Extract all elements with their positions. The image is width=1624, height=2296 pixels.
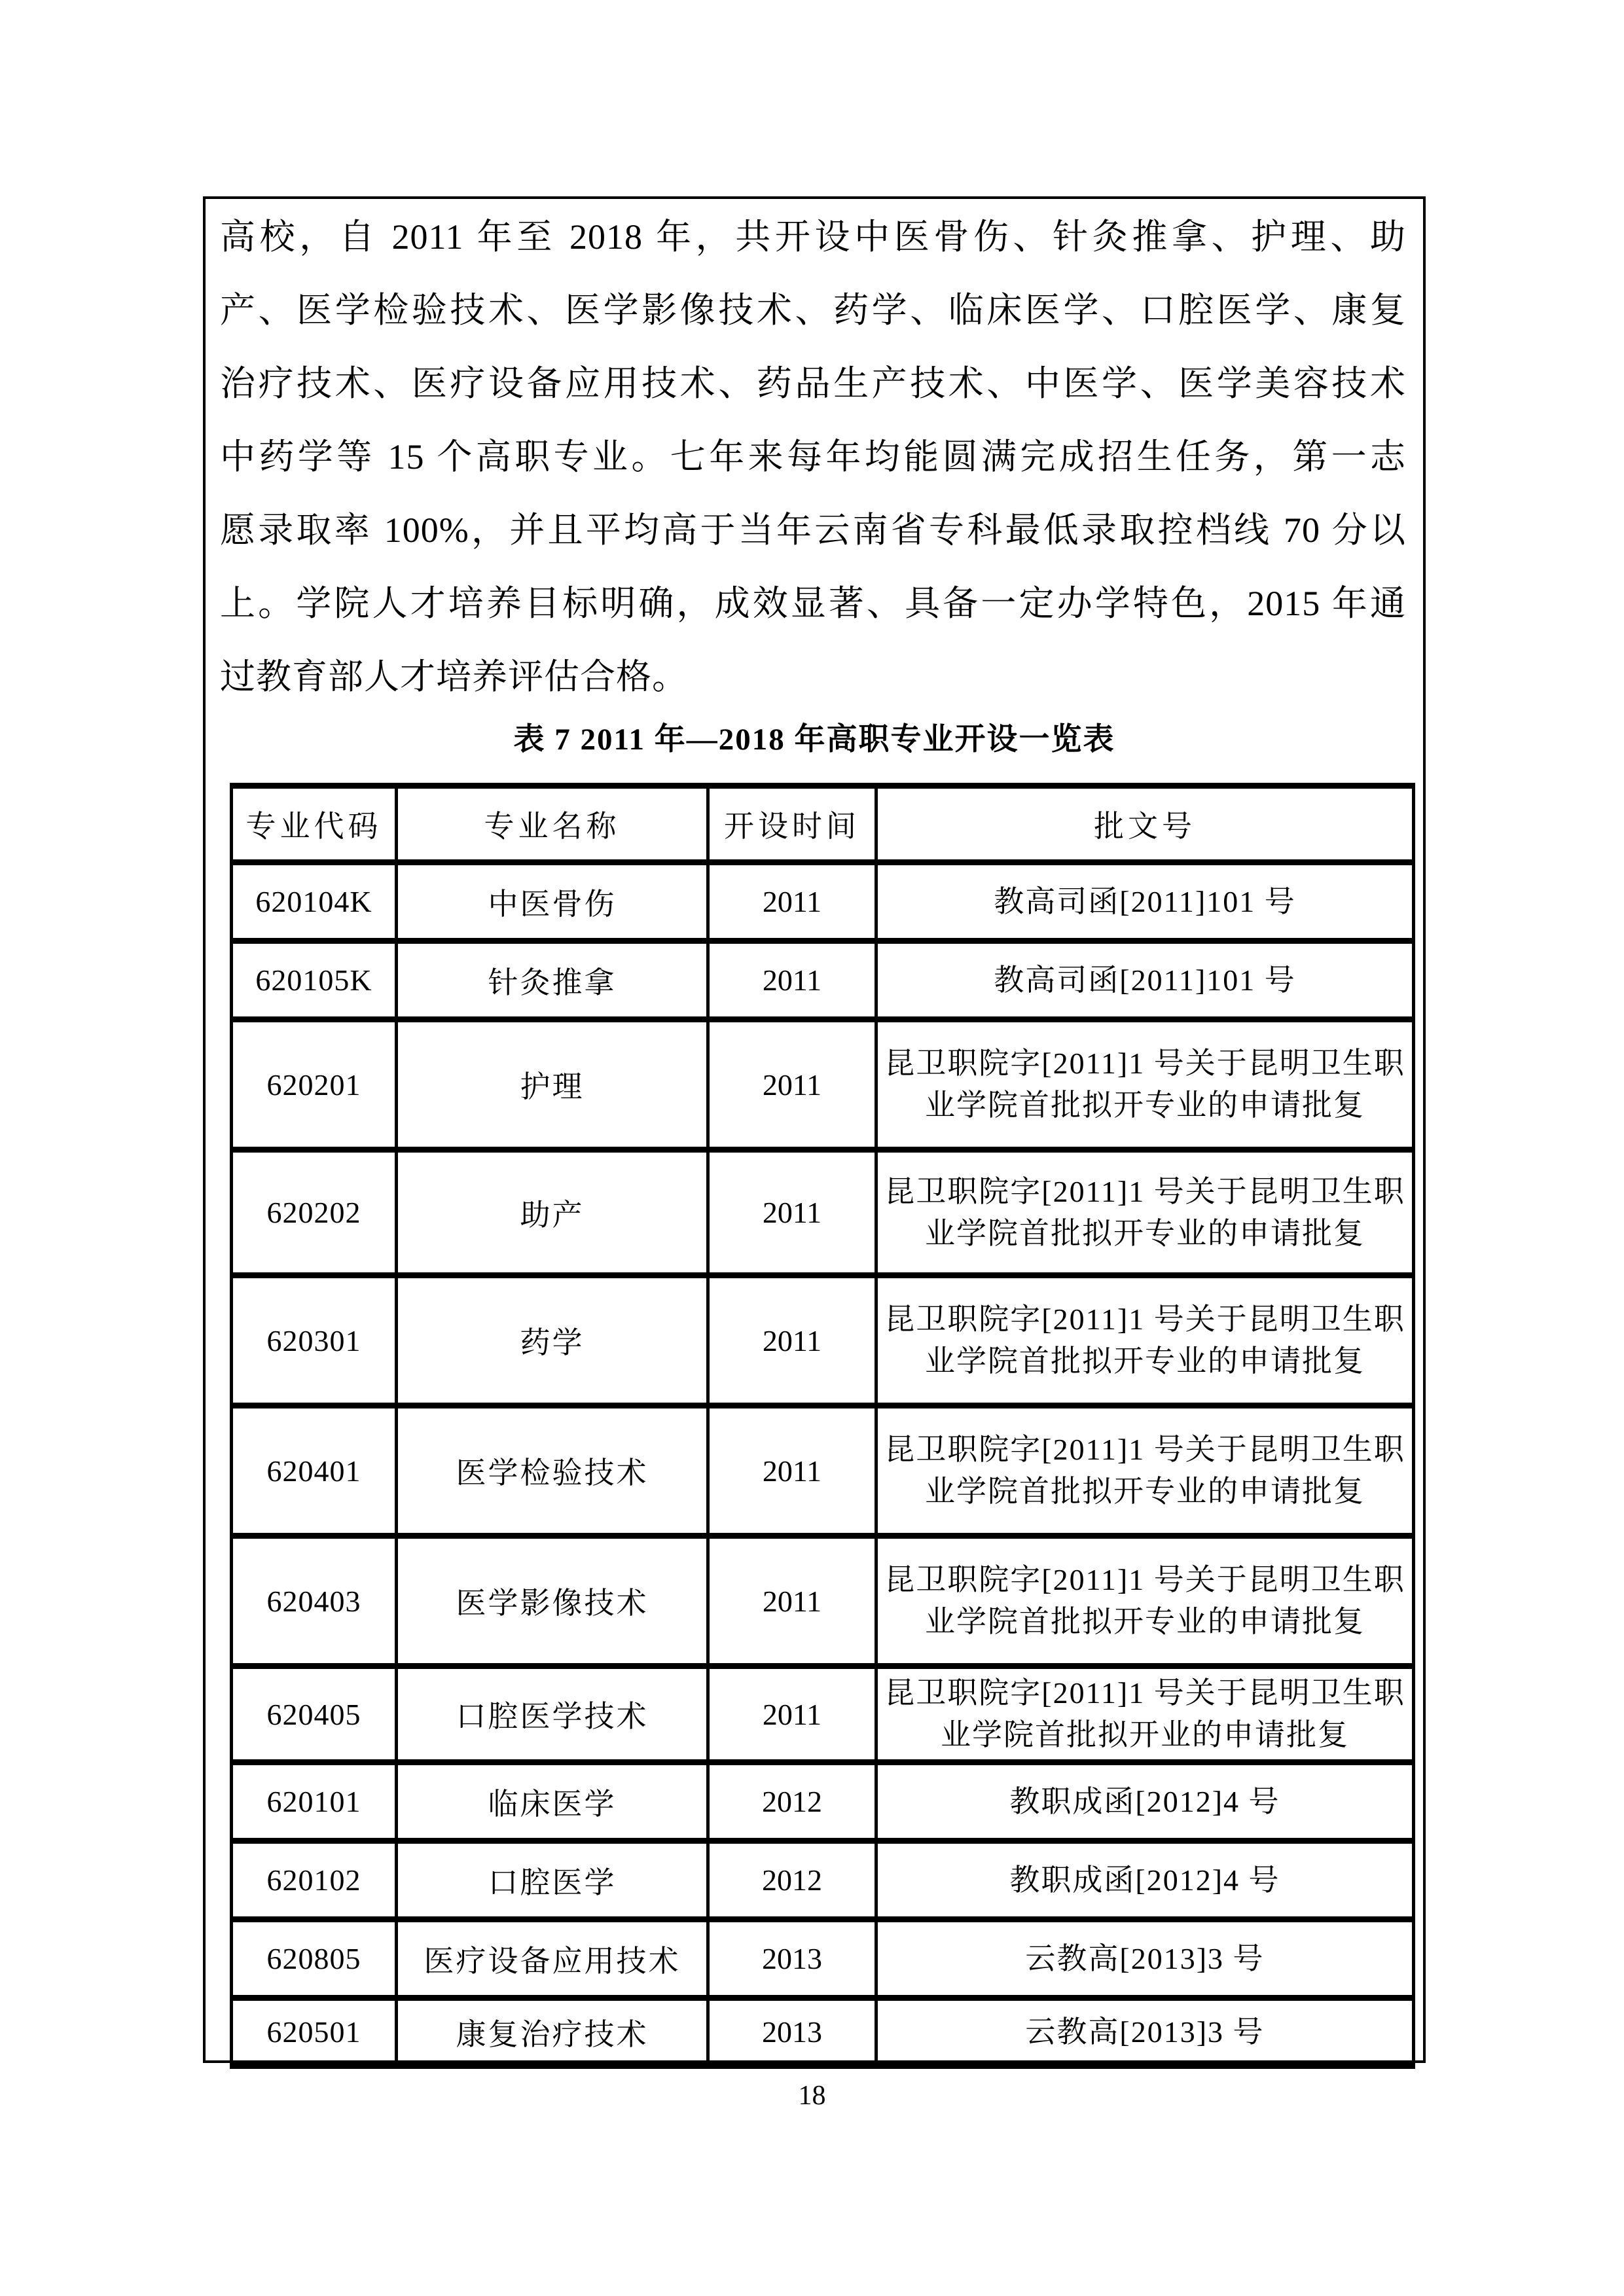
cell-name: 口腔医学技术 (397, 1666, 708, 1763)
paragraph-line: 产、医学检验技术、医学影像技术、药学、临床医学、口腔医学、康复 (220, 274, 1406, 347)
cell-code: 620805 (232, 1920, 397, 1998)
table-row: 620102 口腔医学 2012 教职成函[2012]4 号 (232, 1841, 1414, 1920)
cell-code: 620202 (232, 1150, 397, 1276)
cell-doc: 教职成函[2012]4 号 (876, 1841, 1414, 1920)
table-row: 620805 医疗设备应用技术 2013 云教高[2013]3 号 (232, 1920, 1414, 1998)
header-cell-code: 专业代码 (232, 786, 397, 863)
table-header-row: 专业代码 专业名称 开设时间 批文号 (232, 786, 1414, 863)
page-number: 18 (0, 2080, 1624, 2111)
header-cell-doc: 批文号 (876, 786, 1414, 863)
header-cell-name: 专业名称 (397, 786, 708, 863)
cell-name: 医学检验技术 (397, 1406, 708, 1536)
cell-year: 2011 (708, 941, 876, 1020)
cell-name: 助产 (397, 1150, 708, 1276)
table-row: 620403 医学影像技术 2011 昆卫职院字[2011]1 号关于昆明卫生职… (232, 1536, 1414, 1666)
cell-code: 620405 (232, 1666, 397, 1763)
table-title: 表 7 2011 年—2018 年高职专业开设一览表 (203, 715, 1426, 759)
table-row: 620401 医学检验技术 2011 昆卫职院字[2011]1 号关于昆明卫生职… (232, 1406, 1414, 1536)
document-page: 高校，自 2011 年至 2018 年，共开设中医骨伤、针灸推拿、护理、助 产、… (0, 0, 1624, 2296)
cell-doc: 教高司函[2011]101 号 (876, 941, 1414, 1020)
paragraph-line: 中药学等 15 个高职专业。七年来每年均能圆满完成招生任务，第一志 (220, 420, 1406, 493)
paragraph-line: 上。学院人才培养目标明确，成效显著、具备一定办学特色，2015 年通 (220, 567, 1406, 640)
paragraph-line: 过教育部人才培养评估合格。 (220, 640, 1406, 713)
cell-name: 康复治疗技术 (397, 1998, 708, 2066)
table-row: 620105K 针灸推拿 2011 教高司函[2011]101 号 (232, 941, 1414, 1020)
cell-code: 620401 (232, 1406, 397, 1536)
paragraph-line: 高校，自 2011 年至 2018 年，共开设中医骨伤、针灸推拿、护理、助 (220, 200, 1406, 274)
cell-name: 药学 (397, 1276, 708, 1406)
cell-year: 2013 (708, 1920, 876, 1998)
table-row: 620405 口腔医学技术 2011 昆卫职院字[2011]1 号关于昆明卫生职… (232, 1666, 1414, 1763)
cell-year: 2011 (708, 1406, 876, 1536)
cell-year: 2013 (708, 1998, 876, 2066)
cell-code: 620501 (232, 1998, 397, 2066)
cell-code: 620201 (232, 1020, 397, 1150)
cell-name: 口腔医学 (397, 1841, 708, 1920)
cell-doc: 昆卫职院字[2011]1 号关于昆明卫生职业学院首批拟开专业的申请批复 (876, 1020, 1414, 1150)
cell-name: 临床医学 (397, 1763, 708, 1841)
table-row: 620301 药学 2011 昆卫职院字[2011]1 号关于昆明卫生职业学院首… (232, 1276, 1414, 1406)
paragraph-line: 治疗技术、医疗设备应用技术、药品生产技术、中医学、医学美容技术 (220, 347, 1406, 420)
cell-name: 针灸推拿 (397, 941, 708, 1020)
cell-name: 医疗设备应用技术 (397, 1920, 708, 1998)
paragraph-line: 愿录取率 100%，并且平均高于当年云南省专科最低录取控档线 70 分以 (220, 493, 1406, 567)
cell-code: 620301 (232, 1276, 397, 1406)
header-cell-year: 开设时间 (708, 786, 876, 863)
cell-code: 620104K (232, 863, 397, 941)
table-row: 620202 助产 2011 昆卫职院字[2011]1 号关于昆明卫生职业学院首… (232, 1150, 1414, 1276)
cell-doc: 教高司函[2011]101 号 (876, 863, 1414, 941)
cell-year: 2012 (708, 1763, 876, 1841)
cell-doc: 云教高[2013]3 号 (876, 1920, 1414, 1998)
cell-year: 2011 (708, 1150, 876, 1276)
cell-doc: 昆卫职院字[2011]1 号关于昆明卫生职业学院首批拟开专业的申请批复 (876, 1536, 1414, 1666)
programs-table: 专业代码 专业名称 开设时间 批文号 620104K 中医骨伤 2011 教高司… (230, 783, 1415, 2069)
table-row: 620201 护理 2011 昆卫职院字[2011]1 号关于昆明卫生职业学院首… (232, 1020, 1414, 1150)
cell-doc: 昆卫职院字[2011]1 号关于昆明卫生职业学院首批拟开专业的申请批复 (876, 1406, 1414, 1536)
cell-doc: 云教高[2013]3 号 (876, 1998, 1414, 2066)
cell-year: 2011 (708, 1276, 876, 1406)
cell-doc: 教职成函[2012]4 号 (876, 1763, 1414, 1841)
intro-paragraph: 高校，自 2011 年至 2018 年，共开设中医骨伤、针灸推拿、护理、助 产、… (220, 200, 1406, 713)
cell-doc: 昆卫职院字[2011]1 号关于昆明卫生职业学院首批拟开业的申请批复 (876, 1666, 1414, 1763)
cell-code: 620101 (232, 1763, 397, 1841)
cell-year: 2012 (708, 1841, 876, 1920)
cell-year: 2011 (708, 863, 876, 941)
table-row: 620101 临床医学 2012 教职成函[2012]4 号 (232, 1763, 1414, 1841)
cell-name: 护理 (397, 1020, 708, 1150)
cell-name: 中医骨伤 (397, 863, 708, 941)
cell-code: 620102 (232, 1841, 397, 1920)
cell-code: 620105K (232, 941, 397, 1020)
cell-doc: 昆卫职院字[2011]1 号关于昆明卫生职业学院首批拟开专业的申请批复 (876, 1276, 1414, 1406)
table-row: 620501 康复治疗技术 2013 云教高[2013]3 号 (232, 1998, 1414, 2066)
cell-year: 2011 (708, 1666, 876, 1763)
cell-doc: 昆卫职院字[2011]1 号关于昆明卫生职业学院首批拟开专业的申请批复 (876, 1150, 1414, 1276)
table-row: 620104K 中医骨伤 2011 教高司函[2011]101 号 (232, 863, 1414, 941)
cell-year: 2011 (708, 1020, 876, 1150)
cell-code: 620403 (232, 1536, 397, 1666)
cell-year: 2011 (708, 1536, 876, 1666)
cell-name: 医学影像技术 (397, 1536, 708, 1666)
